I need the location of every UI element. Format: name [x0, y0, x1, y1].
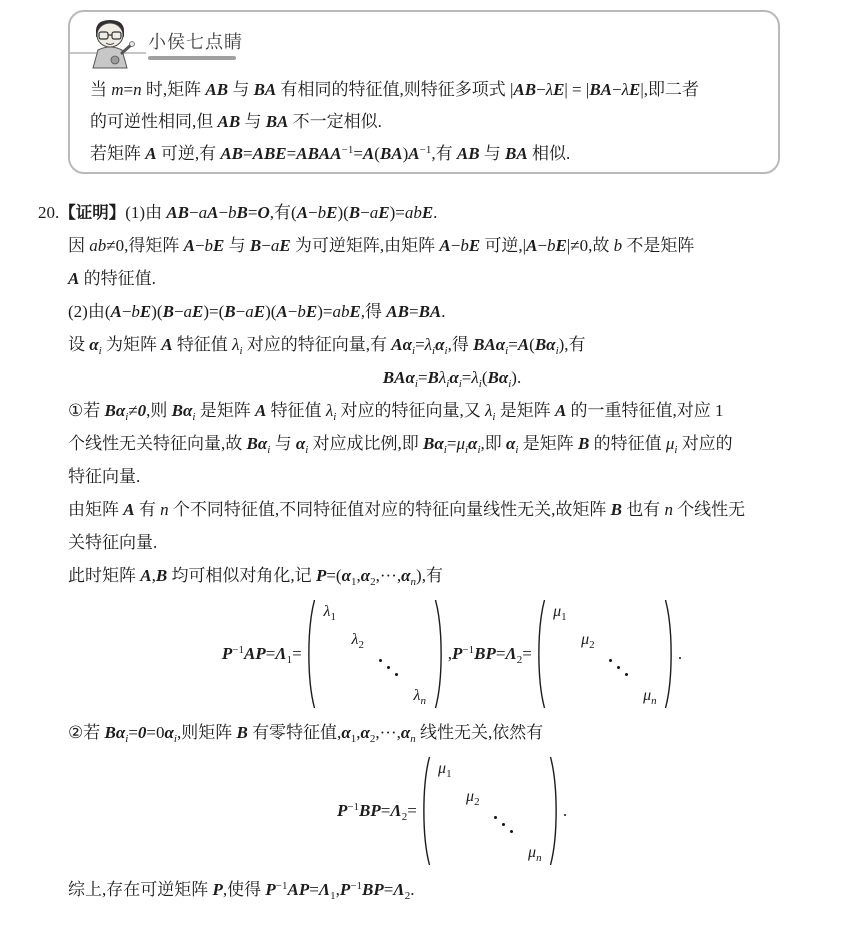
text-segment: b: [205, 236, 214, 255]
text-segment: b: [131, 302, 140, 321]
text-segment: α: [342, 566, 351, 585]
text-segment: Bα: [487, 368, 508, 387]
text-segment: A: [161, 335, 172, 354]
matrix-entry: μn: [521, 839, 549, 867]
text-segment: 个线性无关特征向量,故: [68, 434, 247, 453]
text-segment: B: [250, 236, 261, 255]
text-segment: m: [111, 80, 123, 99]
page-root: 小侯七点睛 当 m=n 时,矩阵 AB 与 BA 有相同的特征值,则特征多项式 …: [0, 0, 842, 933]
matrix-entry: μn: [636, 682, 664, 710]
text-segment: |,即二者: [640, 80, 699, 99]
text-segment: 1: [446, 768, 452, 780]
text-segment: 20.: [38, 203, 59, 222]
text-segment: −1: [342, 144, 354, 156]
text-segment: P: [337, 801, 347, 820]
text-segment: E: [378, 203, 389, 222]
text-segment: B: [236, 723, 247, 742]
text-segment: ,有: [431, 144, 457, 163]
matrix-entry: [372, 654, 406, 682]
text-segment: a: [199, 203, 208, 222]
text-segment: =: [381, 801, 391, 820]
text-segment: P: [265, 880, 275, 899]
text-segment: −1: [462, 644, 474, 656]
text-segment: Aα: [391, 335, 412, 354]
text-line: A 的特征值.: [68, 262, 836, 295]
text-segment: =: [508, 335, 518, 354]
equation-block: P−1AP=Λ1=λ1λ2λn,P−1BP=Λ2=μ1μ2μn.: [68, 598, 836, 710]
text-segment: ABAA: [296, 144, 341, 163]
text-segment: ,···,: [375, 723, 400, 742]
text-segment: ,有(: [270, 203, 297, 222]
text-segment: ),有: [416, 566, 443, 585]
text-segment: 与: [224, 236, 250, 255]
text-segment: =: [447, 434, 457, 453]
text-segment: A: [123, 500, 134, 519]
text-segment: ,则: [146, 401, 172, 420]
text-segment: =: [309, 880, 319, 899]
text-segment: =: [287, 144, 297, 163]
text-segment: A: [555, 401, 566, 420]
text-segment: B: [237, 203, 248, 222]
text-segment: (1)由: [125, 203, 166, 222]
text-segment: b: [228, 203, 237, 222]
text-segment: μ: [581, 631, 589, 648]
text-segment: 与: [270, 434, 296, 453]
text-segment: n: [133, 80, 142, 99]
callout-line: 的可逆性相同,但 AB 与 BA 不一定相似.: [90, 106, 766, 138]
text-segment: ab: [332, 302, 349, 321]
text-segment: Λ: [319, 880, 330, 899]
text-line: 个线性无关特征向量,故 Bαi 与 αi 对应成比例,即 Bαi=μiαi,即 …: [68, 427, 836, 460]
equation: P−1AP=Λ1=λ1λ2λn,P−1BP=Λ2=μ1μ2μn.: [222, 598, 682, 710]
text-segment: −: [537, 236, 547, 255]
text-segment: B: [428, 368, 439, 387]
text-segment: =: [409, 302, 419, 321]
text-segment: =: [522, 644, 532, 663]
left-paren-icon: [305, 598, 316, 710]
equation-segment: .: [563, 801, 567, 821]
text-segment: =: [462, 368, 472, 387]
text-segment: 个线性无: [673, 500, 745, 519]
text-segment: a: [245, 302, 254, 321]
text-segment: BA: [380, 144, 403, 163]
text-segment: A: [145, 144, 156, 163]
equation-block: P−1BP=Λ2=μ1μ2μn.: [68, 755, 836, 867]
callout-box: 小侯七点睛 当 m=n 时,矩阵 AB 与 BA 有相同的特征值,则特征多项式 …: [68, 10, 780, 174]
text-segment: ,···,: [376, 566, 401, 585]
text-line: BAαi=Bλiαi=λi(Bαi).: [68, 361, 836, 394]
text-segment: A: [408, 144, 419, 163]
text-segment: A: [68, 269, 79, 288]
text-segment: 不是矩阵: [622, 236, 694, 255]
text-segment: −: [288, 302, 298, 321]
text-segment: P: [340, 880, 350, 899]
text-segment: α: [361, 566, 370, 585]
text-segment: AB: [457, 144, 480, 163]
diagonal-matrix: μ1μ2μn: [420, 755, 560, 867]
text-segment: 2: [474, 796, 480, 808]
text-line: (2)由(A−bE)(B−aE)=(B−aE)(A−bE)=abE,得 AB=B…: [68, 295, 836, 328]
text-segment: ≠0,得矩阵: [106, 236, 183, 255]
text-segment: 可逆,有: [157, 144, 221, 163]
text-segment: 由矩阵: [68, 500, 123, 519]
text-segment: −: [236, 302, 246, 321]
text-segment: E: [254, 302, 265, 321]
text-segment: Bα: [105, 723, 126, 742]
text-segment: P: [213, 880, 223, 899]
text-segment: −1: [420, 144, 432, 156]
text-segment: E: [306, 302, 317, 321]
text-segment: λ: [425, 335, 432, 354]
text-segment: .: [441, 302, 445, 321]
text-segment: E: [140, 302, 151, 321]
callout-body: 当 m=n 时,矩阵 AB 与 BA 有相同的特征值,则特征多项式 |AB−λE…: [90, 74, 766, 170]
text-segment: α: [401, 723, 410, 742]
text-segment: 特征向量.: [68, 467, 140, 486]
matrix-entry: μ1: [546, 598, 574, 626]
teacher-avatar-icon: [82, 16, 138, 72]
text-segment: AP: [288, 880, 310, 899]
text-segment: E: [469, 236, 480, 255]
text-segment: 为可逆矩阵,由矩阵: [291, 236, 440, 255]
text-segment: −: [360, 203, 370, 222]
text-segment: =: [353, 144, 363, 163]
text-segment: AB: [513, 80, 536, 99]
text-segment: 1: [330, 611, 336, 623]
text-line: 此时矩阵 A,B 均可相似对角化,记 P=(α1,α2,···,αn),有: [68, 559, 836, 592]
diagonal-dots-icon: [491, 813, 517, 837]
text-segment: A: [140, 566, 151, 585]
text-segment: n: [664, 500, 673, 519]
text-segment: −: [174, 302, 184, 321]
text-segment: =: [407, 801, 417, 820]
text-segment: )=: [390, 203, 405, 222]
text-segment: BA: [589, 80, 612, 99]
matrix-entry: μ2: [459, 783, 487, 811]
matrix-grid: λ1λ2λn: [316, 598, 434, 710]
text-segment: =: [415, 335, 425, 354]
text-segment: E: [192, 302, 203, 321]
matrix-grid: μ1μ2μn: [546, 598, 664, 710]
text-segment: =: [243, 144, 253, 163]
text-segment: 综上,存在可逆矩阵: [68, 880, 213, 899]
text-segment: E: [422, 203, 433, 222]
text-segment: =: [128, 723, 138, 742]
text-segment: −: [308, 203, 318, 222]
matrix-entry: [602, 654, 636, 682]
text-segment: ②若: [68, 723, 105, 742]
text-segment: A: [363, 144, 374, 163]
diagonal-dots-icon: [606, 656, 632, 680]
text-segment: .: [678, 644, 682, 663]
text-segment: α: [435, 335, 444, 354]
text-segment: AB: [205, 80, 228, 99]
text-line: ②若 Bαi=0=0αi,则矩阵 B 有零特征值,α1,α2,···,αn 线性…: [68, 716, 836, 749]
right-paren-icon: [434, 598, 445, 710]
text-segment: BP: [474, 644, 496, 663]
text-segment: n: [420, 695, 426, 707]
text-segment: α: [296, 434, 305, 453]
right-paren-icon: [549, 755, 560, 867]
text-segment: b: [614, 236, 623, 255]
text-segment: .: [433, 203, 437, 222]
text-segment: μ: [528, 844, 536, 861]
text-segment: =: [384, 880, 394, 899]
text-segment: 的特征值: [589, 434, 666, 453]
text-segment: a: [370, 203, 379, 222]
left-paren-icon: [535, 598, 546, 710]
text-segment: 有相同的特征值,则特征多项式 |: [276, 80, 513, 99]
text-segment: 的特征值.: [79, 269, 156, 288]
text-segment: −: [612, 80, 622, 99]
text-segment: 1: [561, 611, 567, 623]
text-segment: 是矩阵: [518, 434, 578, 453]
text-segment: B: [224, 302, 235, 321]
text-segment: E: [553, 80, 564, 99]
text-segment: ≠: [128, 401, 137, 420]
text-segment: E: [279, 236, 290, 255]
text-segment: 特征值: [173, 335, 233, 354]
text-segment: μ: [643, 687, 651, 704]
text-segment: 是矩阵: [495, 401, 555, 420]
text-segment: =: [418, 368, 428, 387]
text-segment: 有零特征值,: [248, 723, 342, 742]
text-segment: 相似.: [528, 144, 571, 163]
text-line: ①若 Bαi≠0,则 Bαi 是矩阵 A 特征值 λi 对应的特征向量,又 λi…: [68, 394, 836, 427]
text-segment: 2: [358, 639, 364, 651]
text-segment: b: [297, 302, 306, 321]
text-segment: 关特征向量.: [68, 533, 157, 552]
text-segment: A: [297, 203, 308, 222]
text-segment: μ: [553, 603, 561, 620]
text-segment: O: [257, 203, 269, 222]
text-segment: −1: [347, 801, 359, 813]
text-segment: | = |: [564, 80, 589, 99]
text-segment: BP: [362, 880, 384, 899]
text-segment: BAα: [383, 368, 415, 387]
text-segment: AB: [218, 112, 241, 131]
text-segment: E: [629, 80, 640, 99]
text-segment: μ: [438, 760, 446, 777]
text-line: 20.【证明】(1)由 AB−aA−bB=O,有(A−bE)(B−aE)=abE…: [68, 196, 836, 229]
text-segment: 为矩阵: [102, 335, 162, 354]
matrix-entry: μ1: [431, 755, 459, 783]
text-segment: ,使得: [223, 880, 266, 899]
matrix-entry: λ1: [316, 598, 344, 626]
text-segment: =: [496, 644, 506, 663]
text-segment: ,得: [448, 335, 474, 354]
text-segment: 的一重特征值,对应 1: [566, 401, 723, 420]
text-segment: 【证明】: [59, 203, 125, 222]
text-line: 设 αi 为矩阵 A 特征值 λi 对应的特征向量,有 Aαi=λiαi,得 B…: [68, 328, 836, 361]
text-segment: |≠0,故: [567, 236, 614, 255]
text-segment: ab: [89, 236, 106, 255]
text-segment: AB: [386, 302, 409, 321]
text-segment: 个不同特征值,不同特征值对应的特征向量线性无关,故矩阵: [169, 500, 611, 519]
text-segment: BP: [359, 801, 381, 820]
equation-segment: .: [678, 644, 682, 664]
text-segment: 线性无关,依然有: [416, 723, 544, 742]
text-segment: ,得: [361, 302, 387, 321]
text-line: 因 ab≠0,得矩阵 A−bE 与 B−aE 为可逆矩阵,由矩阵 A−bE 可逆…: [68, 229, 836, 262]
text-segment: AB: [220, 144, 243, 163]
text-segment: A: [255, 401, 266, 420]
text-segment: B: [349, 203, 360, 222]
text-segment: =: [124, 80, 134, 99]
text-segment: ),有: [559, 335, 586, 354]
text-segment: Bα: [172, 401, 193, 420]
equation-segment: P−1AP=Λ1=: [222, 644, 302, 664]
text-segment: (2)由(: [68, 302, 110, 321]
text-segment: )(: [337, 203, 348, 222]
text-segment: 也有: [622, 500, 665, 519]
text-segment: −: [189, 203, 199, 222]
text-segment: Λ: [505, 644, 516, 663]
text-line: 特征向量.: [68, 460, 836, 493]
text-segment: Λ: [393, 880, 404, 899]
diagonal-dots-icon: [376, 656, 402, 680]
matrix-entry: μ2: [574, 626, 602, 654]
text-segment: 当: [90, 80, 111, 99]
text-segment: −: [261, 236, 271, 255]
text-segment: α: [401, 566, 410, 585]
text-segment: AP: [244, 644, 266, 663]
text-segment: Bα: [105, 401, 126, 420]
text-segment: E: [556, 236, 567, 255]
text-segment: BA: [419, 302, 442, 321]
text-segment: 可逆,|: [480, 236, 526, 255]
text-segment: λ: [471, 368, 478, 387]
text-segment: α: [506, 434, 515, 453]
text-segment: Λ: [275, 644, 286, 663]
text-segment: −1: [276, 880, 288, 892]
text-segment: −: [536, 80, 546, 99]
text-segment: 设: [68, 335, 89, 354]
text-segment: ab: [405, 203, 422, 222]
text-segment: AB: [166, 203, 189, 222]
text-segment: Bα: [247, 434, 268, 453]
text-segment: BA: [266, 112, 289, 131]
matrix-entry: λn: [406, 682, 434, 710]
text-segment: 与: [228, 80, 254, 99]
text-segment: 与: [480, 144, 506, 163]
text-segment: A: [184, 236, 195, 255]
text-segment: 2: [589, 639, 595, 651]
text-segment: 特征值: [266, 401, 326, 420]
text-segment: 是矩阵: [195, 401, 255, 420]
text-segment: λ: [546, 80, 553, 99]
text-segment: 若矩阵: [90, 144, 145, 163]
text-segment: )=: [317, 302, 332, 321]
text-segment: A: [276, 302, 287, 321]
text-segment: B: [163, 302, 174, 321]
text-segment: =: [292, 644, 302, 663]
text-segment: =0: [146, 723, 164, 742]
text-segment: .: [410, 880, 414, 899]
text-segment: ,即: [481, 434, 507, 453]
text-segment: α: [341, 723, 350, 742]
text-segment: b: [318, 203, 327, 222]
matrix-entry: [487, 811, 521, 839]
text-segment: n: [651, 695, 657, 707]
text-segment: .: [563, 801, 567, 820]
text-segment: 0: [138, 401, 147, 420]
text-segment: B: [611, 500, 622, 519]
text-line: 由矩阵 A 有 n 个不同特征值,不同特征值对应的特征向量线性无关,故矩阵 B …: [68, 493, 836, 526]
text-segment: E: [213, 236, 224, 255]
text-segment: n: [536, 852, 542, 864]
text-segment: n: [160, 500, 169, 519]
callout-title: 小侯七点睛: [148, 28, 243, 54]
text-segment: α: [449, 368, 458, 387]
left-paren-icon: [420, 755, 431, 867]
matrix-entry: λ2: [344, 626, 372, 654]
text-segment: 不一定相似.: [288, 112, 382, 131]
text-segment: E: [326, 203, 337, 222]
text-segment: −: [195, 236, 205, 255]
text-segment: A: [518, 335, 529, 354]
text-segment: 因: [68, 236, 89, 255]
matrix-grid: μ1μ2μn: [431, 755, 549, 867]
text-segment: −: [122, 302, 132, 321]
text-segment: 有: [135, 500, 161, 519]
text-segment: )(: [265, 302, 276, 321]
text-segment: a: [184, 302, 193, 321]
text-line: 综上,存在可逆矩阵 P,使得 P−1AP=Λ1,P−1BP=Λ2.: [68, 873, 836, 906]
text-segment: BA: [254, 80, 277, 99]
callout-line: 当 m=n 时,矩阵 AB 与 BA 有相同的特征值,则特征多项式 |AB−λE…: [90, 74, 766, 106]
text-segment: 与: [240, 112, 266, 131]
text-segment: −: [451, 236, 461, 255]
text-segment: ,则矩阵: [177, 723, 237, 742]
text-segment: =(: [326, 566, 341, 585]
text-segment: A: [439, 236, 450, 255]
text-segment: 的可逆性相同,但: [90, 112, 218, 131]
solution-content: 20.【证明】(1)由 AB−aA−bB=O,有(A−bE)(B−aE)=abE…: [68, 196, 836, 906]
text-segment: b: [460, 236, 469, 255]
equation: P−1BP=Λ2=μ1μ2μn.: [337, 755, 567, 867]
text-segment: α: [165, 723, 174, 742]
text-segment: )(: [151, 302, 162, 321]
diagonal-matrix: μ1μ2μn: [535, 598, 675, 710]
text-segment: E: [349, 302, 360, 321]
text-segment: −1: [232, 644, 244, 656]
text-segment: P: [452, 644, 462, 663]
text-segment: B: [156, 566, 167, 585]
text-segment: ①若: [68, 401, 105, 420]
equation-segment: ,P−1BP=Λ2=: [448, 644, 532, 664]
text-segment: 对应的特征向量,又: [336, 401, 485, 420]
text-segment: P: [222, 644, 232, 663]
text-segment: −1: [350, 880, 362, 892]
text-segment: α: [89, 335, 98, 354]
text-segment: )=(: [203, 302, 224, 321]
title-underline: [148, 56, 236, 60]
text-segment: b: [547, 236, 556, 255]
text-segment: BA: [505, 144, 528, 163]
text-segment: −: [218, 203, 228, 222]
callout-line: 若矩阵 A 可逆,有 AB=ABE=ABAA−1=A(BA)A−1,有 AB 与…: [90, 138, 766, 170]
text-segment: 时,矩阵: [142, 80, 206, 99]
text-segment: Bα: [423, 434, 444, 453]
text-segment: 此时矩阵: [68, 566, 140, 585]
right-paren-icon: [664, 598, 675, 710]
text-line: 关特征向量.: [68, 526, 836, 559]
text-segment: P: [316, 566, 326, 585]
text-segment: 对应的: [677, 434, 732, 453]
text-segment: λ: [622, 80, 629, 99]
text-segment: 对应成比例,即: [308, 434, 423, 453]
